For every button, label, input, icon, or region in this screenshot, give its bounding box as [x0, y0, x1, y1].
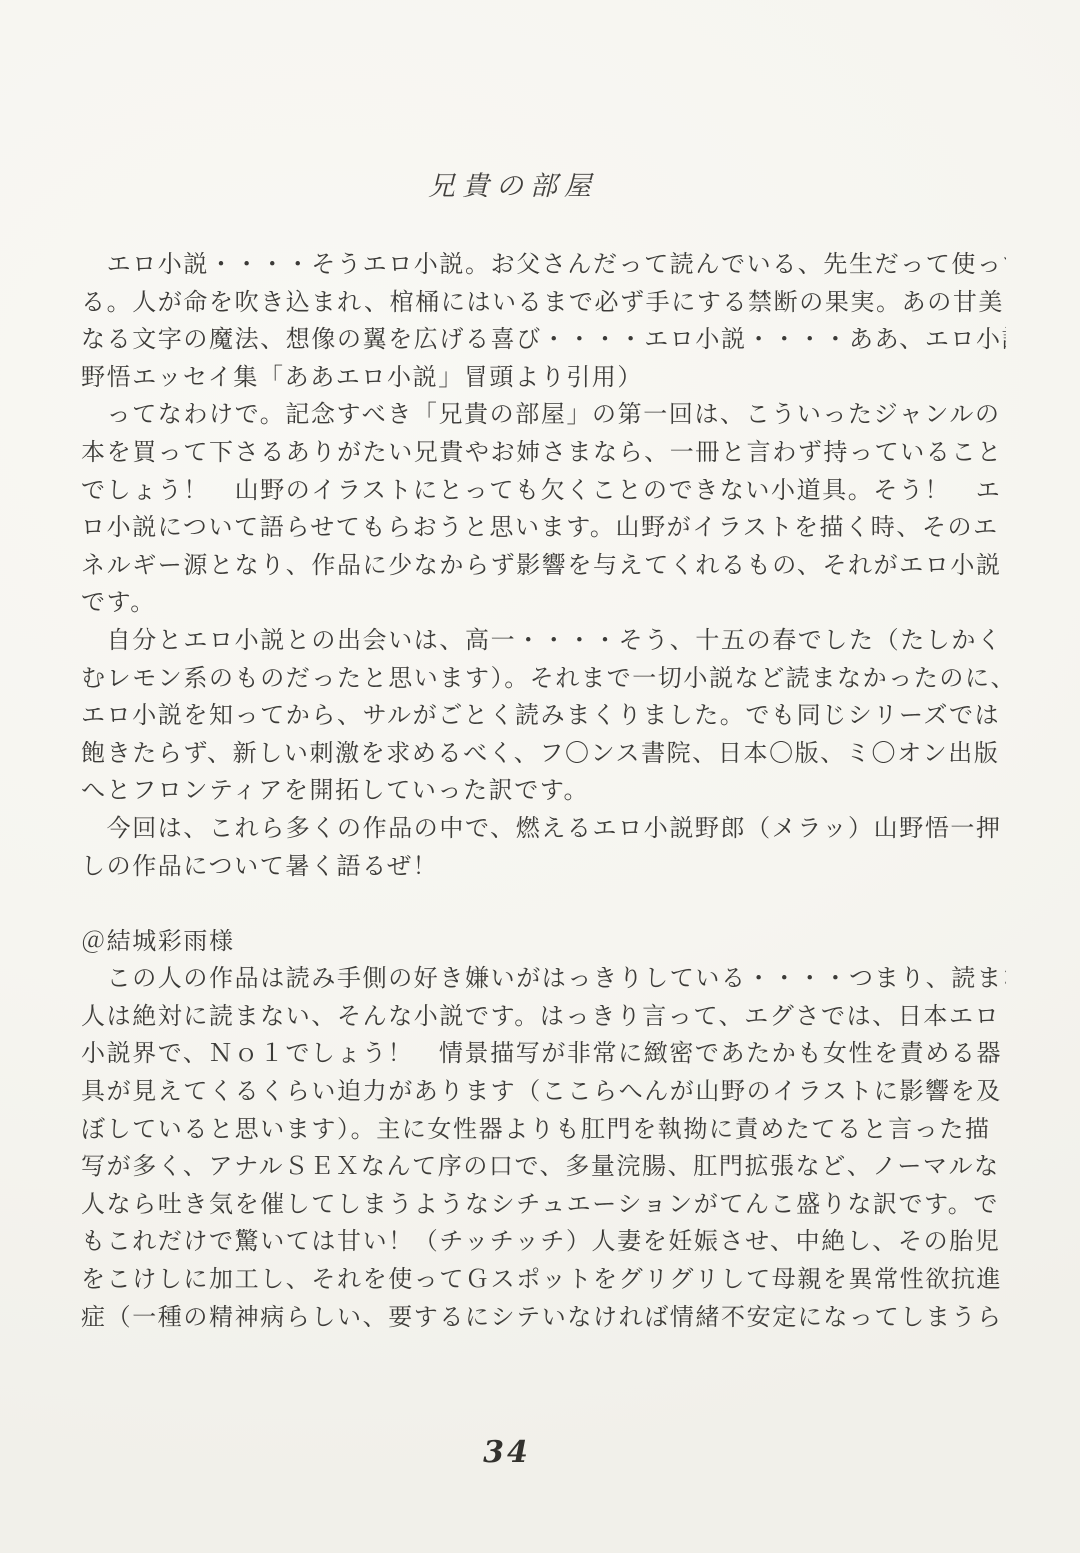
text-line: もこれだけで驚いては甘い！（チッチッチ）人妻を妊娠させ、中絶し、その胎児 [81, 1223, 1006, 1261]
text-line: 飽きたらず、新しい刺激を求めるべく、フ〇ンス書院、日本〇版、ミ〇オン出版 [81, 735, 1006, 773]
text-line: ロ小説について語らせてもらおうと思います。山野がイラストを描く時、そのエ [81, 509, 1006, 547]
text-line: る。人が命を吹き込まれ、棺桶にはいるまで必ず手にする禁断の果実。あの甘美 [81, 284, 1006, 322]
text-line: へとフロンティアを開拓していった訳です。 [81, 772, 1006, 810]
page-title: 兄貴の部屋 [0, 164, 1053, 203]
body-text: エロ小説・・・・そうエロ小説。お父さんだって読んでいる、先生だって使っている。人… [81, 246, 1006, 1336]
scanned-page: 兄貴の部屋 エロ小説・・・・そうエロ小説。お父さんだって読んでいる、先生だって使… [0, 0, 1080, 1553]
section-heading: ＠結城彩雨様 [81, 923, 1006, 961]
blank-line [81, 885, 1006, 923]
text-line: 人は絶対に読まない、そんな小説です。はっきり言って、エグさでは、日本エロ [81, 998, 1006, 1036]
text-line: 自分とエロ小説との出会いは、高一・・・・そう、十五の春でした（たしかくりぃ [81, 622, 1006, 660]
text-line: 本を買って下さるありがたい兄貴やお姉さまなら、一冊と言わず持っていること [81, 434, 1006, 472]
text-line: です。 [81, 584, 1006, 622]
text-line: 野悟エッセイ集「ああエロ小説」冒頭より引用） [81, 359, 1006, 397]
text-line: 具が見えてくるくらい迫力があります（ここらへんが山野のイラストに影響を及 [81, 1073, 1006, 1111]
text-line: エロ小説を知ってから、サルがごとく読みまくりました。でも同じシリーズでは [81, 697, 1006, 735]
text-line: 今回は、これら多くの作品の中で、燃えるエロ小説野郎（メラッ）山野悟一押 [81, 810, 1006, 848]
text-line: しの作品について暑く語るぜ！ [81, 848, 1006, 886]
text-line: この人の作品は読み手側の好き嫌いがはっきりしている・・・・つまり、読まない [81, 960, 1006, 998]
text-line: をこけしに加工し、それを使ってＧスポットをグリグリして母親を異常性欲抗進 [81, 1261, 1006, 1299]
text-line: ネルギー源となり、作品に少なからず影響を与えてくれるもの、それがエロ小説 [81, 547, 1006, 585]
text-line: ぼしていると思います）。主に女性器よりも肛門を執拗に責めたてると言った描 [81, 1111, 1006, 1149]
page-number: 34 [483, 1435, 531, 1470]
text-line: なる文字の魔法、想像の翼を広げる喜び・・・・エロ小説・・・・ああ、エロ小説。（山 [81, 321, 1006, 359]
text-line: 写が多く、アナルＳＥＸなんて序の口で、多量浣腸、肛門拡張など、ノーマルな [81, 1148, 1006, 1186]
text-line: ってなわけで。記念すべき「兄貴の部屋」の第一回は、こういったジャンルの [81, 396, 1006, 434]
text-line: 小説界で、Ｎｏ１でしょう！ 情景描写が非常に緻密であたかも女性を責める器 [81, 1035, 1006, 1073]
text-line: 人なら吐き気を催してしまうようなシチュエーションがてんこ盛りな訳です。で [81, 1186, 1006, 1224]
text-line: エロ小説・・・・そうエロ小説。お父さんだって読んでいる、先生だって使ってい [81, 246, 1006, 284]
text-line: 症（一種の精神病らしい、要するにシテいなければ情緒不安定になってしまうら [81, 1299, 1006, 1337]
text-line: むレモン系のものだったと思います）。それまで一切小説など読まなかったのに、 [81, 660, 1006, 698]
text-line: でしょう！ 山野のイラストにとっても欠くことのできない小道具。そう！ エ [81, 472, 1006, 510]
